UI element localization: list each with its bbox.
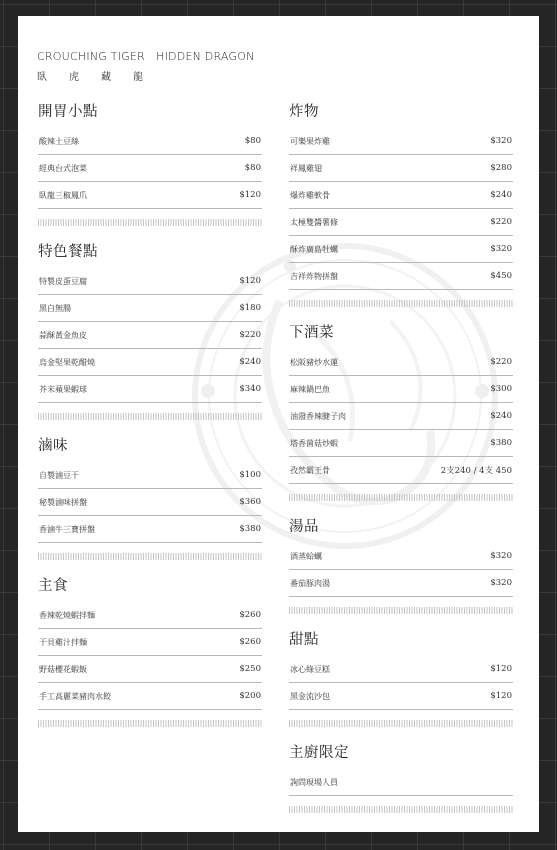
menu-item: 冰心綠豆糕 $120 xyxy=(289,656,513,683)
item-name: 烏金堅果乾醋燒 xyxy=(39,357,95,368)
menu-item: 手工高麗菜豬肉水餃 $200 xyxy=(38,683,262,710)
item-price: $240 xyxy=(490,190,512,200)
menu-item: 干貝雞汁拌麵 $260 xyxy=(38,629,262,656)
menu-column-right: 炸物 可樂果炸雞 $320 祥鳳雞翅 $280 爆炸雞軟骨 $240 太極雙醬薯… xyxy=(289,102,513,829)
menu-item: 塔香菌菇炒蝦 $380 xyxy=(289,430,513,457)
item-name: 手工高麗菜豬肉水餃 xyxy=(39,691,111,702)
section-title: 主廚限定 xyxy=(289,743,513,769)
item-price: $320 xyxy=(490,244,512,254)
menu-section: 炸物 可樂果炸雞 $320 祥鳳雞翅 $280 爆炸雞軟骨 $240 太極雙醬薯… xyxy=(289,102,513,307)
menu-item: 松阪豬炒水蓮 $220 xyxy=(289,349,513,376)
menu-item: 可樂果炸雞 $320 xyxy=(289,128,513,155)
item-name: 酥炸廣島牡蠣 xyxy=(290,244,338,255)
item-name: 塔香菌菇炒蝦 xyxy=(290,438,338,449)
brand-header: CROUCHING TIGER HIDDEN DRAGON 臥虎藏龍 xyxy=(37,51,244,83)
item-price: $300 xyxy=(490,384,512,394)
menu-item: 烏金堅果乾醋燒 $240 xyxy=(38,349,262,376)
brand-title-en: CROUCHING TIGER HIDDEN DRAGON xyxy=(37,51,255,63)
menu-item: 香滷牛三寶拼盤 $380 xyxy=(38,516,262,543)
menu-item: 野菇櫻花蝦飯 $250 xyxy=(38,656,262,683)
item-name: 特製皮蛋豆腐 xyxy=(39,276,87,287)
menu-section: 開胃小點 酸辣土豆絲 $80 經典台式泡菜 $80 臥龍三椒鳳爪 $120 xyxy=(38,102,262,226)
menu-section: 湯品 酒蒸蛤蠣 $320 番茄豚肉湯 $320 xyxy=(289,517,513,614)
section-title: 特色餐點 xyxy=(38,242,262,268)
item-price: $260 xyxy=(239,610,261,620)
menu-section: 下酒菜 松阪豬炒水蓮 $220 麻辣鍋巴魚 $300 油潑香辣腱子肉 $240 … xyxy=(289,323,513,501)
item-name: 吉祥炸物拼盤 xyxy=(290,271,338,282)
item-price: $240 xyxy=(239,357,261,367)
menu-paper: CROUCHING TIGER HIDDEN DRAGON 臥虎藏龍 開胃小點 … xyxy=(18,16,539,832)
section-divider xyxy=(289,494,513,501)
menu-item: 吉祥炸物拼盤 $450 xyxy=(289,263,513,290)
section-divider xyxy=(289,607,513,614)
item-price: 2支240 / 4支 450 xyxy=(441,464,512,476)
item-name: 香辣乾燒蝦拌麵 xyxy=(39,610,95,621)
item-price: $200 xyxy=(239,691,261,701)
brand-title-zh: 臥虎藏龍 xyxy=(37,68,244,83)
item-price: $450 xyxy=(490,271,512,281)
item-name: 麻辣鍋巴魚 xyxy=(290,384,330,395)
item-price: $220 xyxy=(490,217,512,227)
item-price: $120 xyxy=(490,664,512,674)
menu-item: 酸辣土豆絲 $80 xyxy=(38,128,262,155)
item-price: $360 xyxy=(239,497,261,507)
item-name: 油潑香辣腱子肉 xyxy=(290,411,346,422)
item-name: 臥龍三椒鳳爪 xyxy=(39,190,87,201)
menu-item: 酥炸廣島牡蠣 $320 xyxy=(289,236,513,263)
menu-item: 黑金流沙包 $120 xyxy=(289,683,513,710)
menu-item: 自製滷豆干 $100 xyxy=(38,462,262,489)
item-name: 酒蒸蛤蠣 xyxy=(290,551,322,562)
menu-section: 主食 香辣乾燒蝦拌麵 $260 干貝雞汁拌麵 $260 野菇櫻花蝦飯 $250 … xyxy=(38,576,262,727)
section-divider xyxy=(289,300,513,307)
item-price: $220 xyxy=(490,357,512,367)
section-title: 甜點 xyxy=(289,630,513,656)
item-price: $320 xyxy=(490,578,512,588)
item-price: $240 xyxy=(490,411,512,421)
menu-item: 蒜酥黃金魚皮 $220 xyxy=(38,322,262,349)
menu-section: 甜點 冰心綠豆糕 $120 黑金流沙包 $120 xyxy=(289,630,513,727)
section-divider xyxy=(38,413,262,420)
item-name: 黑白無腸 xyxy=(39,303,71,314)
menu-item: 香辣乾燒蝦拌麵 $260 xyxy=(38,602,262,629)
menu-item: 經典台式泡菜 $80 xyxy=(38,155,262,182)
menu-item: 芥末蘋果蝦球 $340 xyxy=(38,376,262,403)
item-name: 野菇櫻花蝦飯 xyxy=(39,664,87,675)
item-name: 詢問現場人員 xyxy=(290,777,338,788)
menu-item: 番茄豚肉湯 $320 xyxy=(289,570,513,597)
menu-item: 太極雙醬薯條 $220 xyxy=(289,209,513,236)
menu-item: 詢問現場人員 xyxy=(289,769,513,796)
menu-section: 特色餐點 特製皮蛋豆腐 $120 黑白無腸 $180 蒜酥黃金魚皮 $220 烏… xyxy=(38,242,262,420)
item-price: $380 xyxy=(490,438,512,448)
item-price: $180 xyxy=(239,303,261,313)
menu-item: 爆炸雞軟骨 $240 xyxy=(289,182,513,209)
item-name: 干貝雞汁拌麵 xyxy=(39,637,87,648)
item-name: 祥鳳雞翅 xyxy=(290,163,322,174)
item-name: 孜然霸王骨 xyxy=(290,465,330,476)
menu-item: 特製皮蛋豆腐 $120 xyxy=(38,268,262,295)
menu-item: 黑白無腸 $180 xyxy=(38,295,262,322)
section-divider xyxy=(38,553,262,560)
item-name: 爆炸雞軟骨 xyxy=(290,190,330,201)
section-title: 湯品 xyxy=(289,517,513,543)
item-price: $220 xyxy=(239,330,261,340)
menu-item: 油潑香辣腱子肉 $240 xyxy=(289,403,513,430)
menu-item: 臥龍三椒鳳爪 $120 xyxy=(38,182,262,209)
item-price: $260 xyxy=(239,637,261,647)
item-name: 經典台式泡菜 xyxy=(39,163,87,174)
item-name: 可樂果炸雞 xyxy=(290,136,330,147)
item-name: 冰心綠豆糕 xyxy=(290,664,330,675)
item-name: 香滷牛三寶拼盤 xyxy=(39,524,95,535)
item-name: 蒜酥黃金魚皮 xyxy=(39,330,87,341)
menu-section: 主廚限定 詢問現場人員 xyxy=(289,743,513,813)
item-name: 芥末蘋果蝦球 xyxy=(39,384,87,395)
section-title: 炸物 xyxy=(289,102,513,128)
section-divider xyxy=(289,806,513,813)
section-divider xyxy=(38,720,262,727)
menu-item: 孜然霸王骨 2支240 / 4支 450 xyxy=(289,457,513,484)
section-title: 開胃小點 xyxy=(38,102,262,128)
item-name: 自製滷豆干 xyxy=(39,470,79,481)
item-name: 番茄豚肉湯 xyxy=(290,578,330,589)
item-name: 松阪豬炒水蓮 xyxy=(290,357,338,368)
section-title: 滷味 xyxy=(38,436,262,462)
item-price: $80 xyxy=(245,163,261,173)
item-price: $320 xyxy=(490,551,512,561)
menu-item: 祥鳳雞翅 $280 xyxy=(289,155,513,182)
item-name: 黑金流沙包 xyxy=(290,691,330,702)
item-price: $320 xyxy=(490,136,512,146)
menu-item: 秘製滷味拼盤 $360 xyxy=(38,489,262,516)
item-price: $280 xyxy=(490,163,512,173)
menu-section: 滷味 自製滷豆干 $100 秘製滷味拼盤 $360 香滷牛三寶拼盤 $380 xyxy=(38,436,262,560)
menu-column-left: 開胃小點 酸辣土豆絲 $80 經典台式泡菜 $80 臥龍三椒鳳爪 $120 特色… xyxy=(38,102,262,743)
section-title: 下酒菜 xyxy=(289,323,513,349)
section-divider xyxy=(289,720,513,727)
section-divider xyxy=(38,219,262,226)
menu-item: 酒蒸蛤蠣 $320 xyxy=(289,543,513,570)
item-price: $120 xyxy=(239,190,261,200)
item-price: $100 xyxy=(239,470,261,480)
item-price: $340 xyxy=(239,384,261,394)
item-name: 秘製滷味拼盤 xyxy=(39,497,87,508)
item-price: $250 xyxy=(239,664,261,674)
item-price: $380 xyxy=(239,524,261,534)
item-price: $120 xyxy=(239,276,261,286)
menu-item: 麻辣鍋巴魚 $300 xyxy=(289,376,513,403)
item-price: $80 xyxy=(245,136,261,146)
item-price: $120 xyxy=(490,691,512,701)
item-name: 太極雙醬薯條 xyxy=(290,217,338,228)
section-title: 主食 xyxy=(38,576,262,602)
item-name: 酸辣土豆絲 xyxy=(39,136,79,147)
